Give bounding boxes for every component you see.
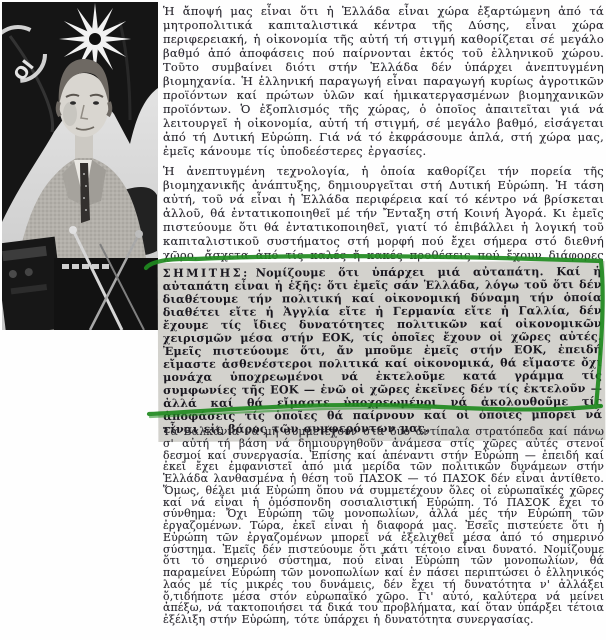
interview-text: Νομίζουμε ὅτι ὑπάρχει μιά αὐταπάτη. Καί … xyxy=(163,264,603,436)
paragraph-intro: Ἡ ἄποψή μας εἶναι ὅτι ἡ Ἑλλάδα εἶναι χώρ… xyxy=(163,4,604,159)
tape-recorders xyxy=(2,226,158,330)
highlighted-interview-block: ΣΗΜΙΤΗΣ:Νομίζουμε ὅτι ὑπάρχει μιά αὐταπά… xyxy=(158,261,606,442)
scanned-clipping-page: ΟΙ xyxy=(0,0,606,640)
paragraph-balkans: Τά Βαλκάνια νά μή συμμετέχουν στά δύο ἀν… xyxy=(163,426,604,626)
paragraph-interview: ΣΗΜΙΤΗΣ:Νομίζουμε ὅτι ὑπάρχει μιά αὐταπά… xyxy=(163,265,603,436)
face xyxy=(58,59,111,137)
press-photo: ΟΙ xyxy=(2,2,158,330)
paragraph-technology: Ἡ ἀνεπτυγμένη τεχνολογία, ἡ ὁποία καθορί… xyxy=(163,164,604,276)
